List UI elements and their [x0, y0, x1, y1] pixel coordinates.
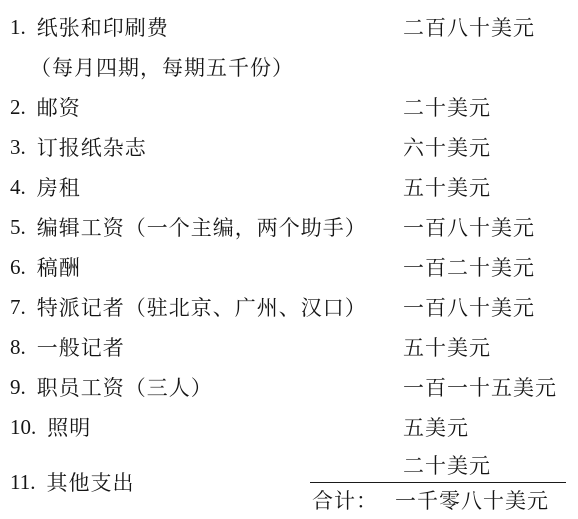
expense-row: 10. 照明 五美元 — [10, 407, 578, 447]
item-label-cell: 5. 编辑工资（一个主编，两个助手） — [10, 212, 403, 242]
total-label: 合计： — [312, 485, 378, 515]
expense-row: 9. 职员工资（三人） 一百一十五美元 — [10, 367, 578, 407]
item-label: 纸张和印刷费 — [37, 12, 169, 42]
item-amount: 一百二十美元 — [403, 252, 535, 282]
item-amount: 二十美元 — [403, 450, 491, 480]
item-amount: 五美元 — [403, 412, 469, 442]
item-label-cell: 7. 特派记者（驻北京、广州、汉口） — [10, 292, 403, 322]
total-row: 合计： 一千零八十美元 — [310, 483, 566, 516]
item-amount: 二百八十美元 — [403, 12, 535, 42]
expense-row: 4. 房租 五十美元 — [10, 167, 578, 207]
item-number: 7. — [10, 295, 26, 320]
item-label-cell: 4. 房租 — [10, 172, 403, 202]
item-label: 其他支出 — [46, 467, 134, 497]
item-amount: 二十美元 — [403, 92, 491, 122]
item-number: 1. — [10, 15, 26, 40]
expense-row: 2. 邮资 二十美元 — [10, 87, 578, 127]
item-number: 9. — [10, 375, 26, 400]
item-label: 编辑工资（一个主编，两个助手） — [37, 212, 367, 242]
item-number: 3. — [10, 135, 26, 160]
item-label-cell: 2. 邮资 — [10, 92, 403, 122]
expense-row: 1. 纸张和印刷费 二百八十美元 — [10, 7, 578, 47]
item-label: 订报纸杂志 — [37, 132, 147, 162]
item-label-cell: 3. 订报纸杂志 — [10, 132, 403, 162]
expense-row: 6. 稿酬 一百二十美元 — [10, 247, 578, 287]
total-block: 二十美元 合计： 一千零八十美元 — [310, 447, 566, 517]
item-label-cell: 8. 一般记者 — [10, 332, 403, 362]
expense-row: 5. 编辑工资（一个主编，两个助手） 一百八十美元 — [10, 207, 578, 247]
item-note: （每月四期，每期五千份） — [30, 52, 294, 82]
expense-row: 7. 特派记者（驻北京、广州、汉口） 一百八十美元 — [10, 287, 578, 327]
item-number: 4. — [10, 175, 26, 200]
item-number: 2. — [10, 95, 26, 120]
item-label-cell: 1. 纸张和印刷费 — [10, 12, 403, 42]
item-amount: 六十美元 — [403, 132, 491, 162]
expense-list-document: 1. 纸张和印刷费 二百八十美元 （每月四期，每期五千份） 2. 邮资 二十美元… — [0, 0, 578, 519]
item-number: 8. — [10, 335, 26, 360]
total-amount: 一千零八十美元 — [395, 485, 549, 515]
item-label-cell: 11. 其他支出 — [10, 447, 310, 517]
item-number: 5. — [10, 215, 26, 240]
item-label-cell: 9. 职员工资（三人） — [10, 372, 403, 402]
item-amount-above-rule: 二十美元 — [310, 447, 566, 483]
item-label-cell: 6. 稿酬 — [10, 252, 403, 282]
item-amount: 五十美元 — [403, 172, 491, 202]
item-label: 房租 — [37, 172, 81, 202]
item-label: 一般记者 — [37, 332, 125, 362]
expense-row-note: （每月四期，每期五千份） — [10, 47, 578, 87]
item-label: 照明 — [47, 412, 91, 442]
item-number: 10. — [10, 415, 36, 440]
item-number: 6. — [10, 255, 26, 280]
item-number: 11. — [10, 470, 35, 495]
expense-row: 8. 一般记者 五十美元 — [10, 327, 578, 367]
item-label-cell: 10. 照明 — [10, 412, 403, 442]
item-label: 职员工资（三人） — [37, 372, 213, 402]
item-label-cell: （每月四期，每期五千份） — [10, 52, 403, 82]
item-label: 特派记者（驻北京、广州、汉口） — [37, 292, 367, 322]
expense-row-last-with-total: 11. 其他支出 二十美元 合计： 一千零八十美元 — [10, 447, 578, 517]
item-label: 邮资 — [37, 92, 81, 122]
item-amount: 五十美元 — [403, 332, 491, 362]
item-amount: 一百一十五美元 — [403, 372, 557, 402]
item-amount: 一百八十美元 — [403, 292, 535, 322]
item-amount: 一百八十美元 — [403, 212, 535, 242]
item-label: 稿酬 — [37, 252, 81, 282]
expense-row: 3. 订报纸杂志 六十美元 — [10, 127, 578, 167]
